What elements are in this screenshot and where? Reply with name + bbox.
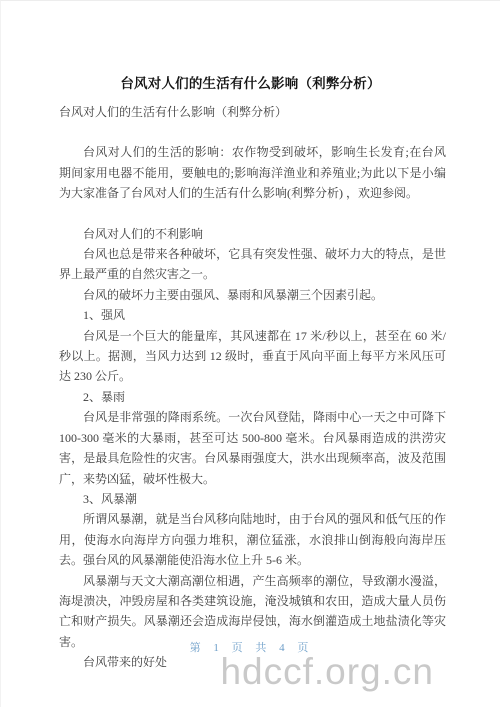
document-title: 台风对人们的生活有什么影响（利弊分析） [1, 72, 500, 92]
intro-paragraph: 台风对人们的生活的影响：农作物受到破坏，影响生长发育;在台风期间家用电器不能用，… [59, 142, 446, 203]
paragraph-storm-surge-1: 所谓风暴潮，就是当台风移向陆地时，由于台风的强风和低气压的作用，使海水向海岸方向… [59, 509, 446, 570]
heading-strong-wind: 1、强风 [59, 305, 446, 325]
paragraph-destruction: 台风也总是带来各种破坏，它具有突发性强、破坏力大的特点，是世界上最严重的自然灾害… [59, 244, 446, 285]
section-heading-disadvantages: 台风对人们的不利影响 [59, 224, 446, 244]
document-page: 台风对人们的生活有什么影响（利弊分析） 台风对人们的生活有什么影响（利弊分析） … [0, 0, 500, 707]
heading-rainstorm: 2、暴雨 [59, 387, 446, 407]
watermark-text: hdccf.org.cn [220, 652, 434, 692]
document-body: 台风对人们的生活有什么影响（利弊分析） 台风对人们的生活的影响：农作物受到破坏，… [1, 92, 500, 673]
document-subtitle: 台风对人们的生活有什么影响（利弊分析） [59, 102, 446, 122]
paragraph-list: 台风对人们的生活的影响：农作物受到破坏，影响生长发育;在台风期间家用电器不能用，… [59, 142, 446, 672]
paragraph-rainstorm: 台风是非常强的降雨系统。一次台风登陆，降雨中心一天之中可降下 100-300 毫… [59, 407, 446, 489]
heading-storm-surge: 3、风暴潮 [59, 489, 446, 509]
paragraph-three-factors: 台风的破坏力主要由强风、暴雨和风暴潮三个因素引起。 [59, 285, 446, 305]
paragraph-strong-wind: 台风是一个巨大的能量库，其风速都在 17 米/秒以上，甚至在 60 米/秒以上。… [59, 326, 446, 387]
